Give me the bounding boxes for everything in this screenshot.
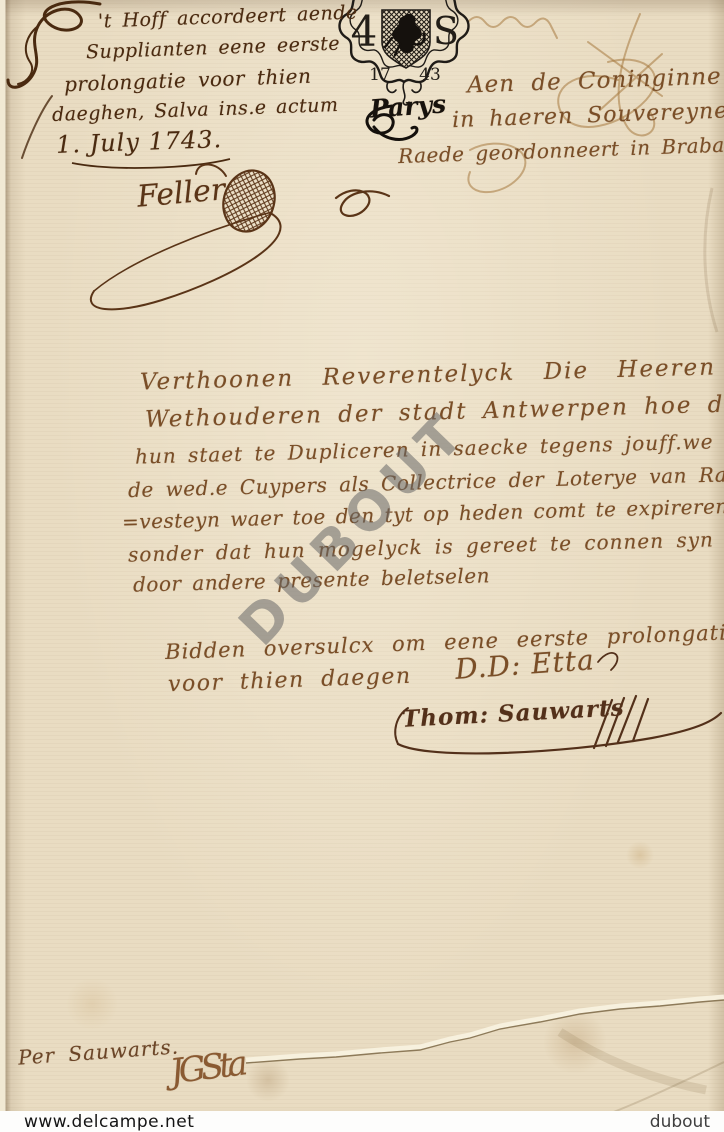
stamp-value-right: S	[433, 9, 459, 53]
marginal-note-date: 1. July 1743.	[56, 125, 223, 159]
manuscript-scan: 4 S 17 43 Parys 't Hoff accordeert aende…	[0, 0, 724, 1132]
docket-monogram: JGSta	[168, 1044, 245, 1093]
body-line: sonder dat hun mogelyck is gereet te con…	[128, 527, 714, 566]
side-paraph	[336, 190, 389, 216]
address-line: Aen de Coninginne	[467, 64, 722, 99]
seller-watermark-text: dubout	[650, 1112, 710, 1132]
footer-watermark-bar: www.delcampe.net dubout	[0, 1111, 724, 1132]
marginal-note-line: daeghen, Salva ins.e actum	[52, 94, 339, 126]
marginal-note-line: Supplianten eene eerste	[86, 33, 341, 64]
marginal-note-line: 't Hoff accordeert aende	[98, 1, 358, 32]
petitioner-signature: Thom: Sauwarts	[401, 694, 625, 733]
marginal-note-line: prolongatie voor thien	[64, 64, 312, 97]
docket-note: Per Sauwarts.	[17, 1034, 179, 1069]
lion-rampant-shield-icon	[382, 10, 430, 68]
date-underline	[72, 159, 230, 168]
stamp-control-mark: Parys	[369, 89, 447, 123]
delcampe-url-text: www.delcampe.net	[24, 1112, 194, 1132]
stamp-year-right: 43	[419, 65, 441, 85]
body-line: Verthoonen Reverentelyck Die Heeren	[140, 354, 717, 395]
address-line: Raede geordonneert in Brabant	[398, 132, 724, 168]
address-line: in haeren Souvereynen	[452, 98, 724, 133]
fiat-signature: Feller	[136, 172, 227, 215]
stamp-year-left: 17	[369, 65, 391, 85]
